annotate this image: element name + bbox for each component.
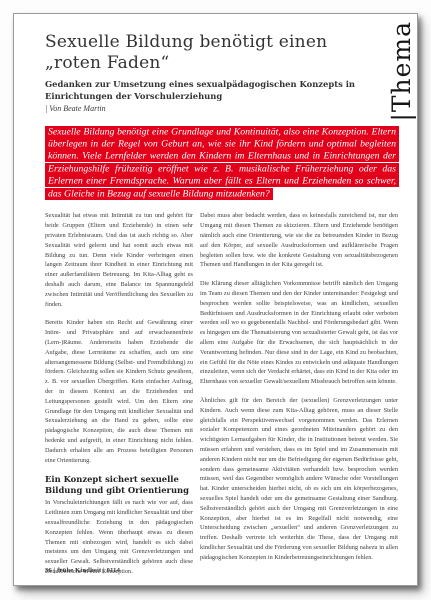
paragraph: Dabei muss aber bedacht werden, dass es … <box>200 211 398 270</box>
article-byline: | Von Beate Martin <box>45 104 398 113</box>
section-heading: Ein Konzept sichert sexuelle Bildung und… <box>45 474 193 495</box>
standfirst: Sexuelle Bildung benötigt eine Grundlage… <box>45 126 399 200</box>
paragraph: In Vorschuleinrichtungen fällt es nach w… <box>45 498 193 576</box>
paragraph: Die Klärung dieser alltäglichen Vorkommn… <box>200 279 398 387</box>
page-footer: 36 | frühe Kindheit | 0114 <box>45 567 120 574</box>
magazine-page: |Thema Sexuelle Bildung benötigt einen „… <box>13 13 418 586</box>
page-content: Sexuelle Bildung benötigt einen „roten F… <box>14 14 417 586</box>
paragraph: Sexualität hat etwas mit Intimität zu tu… <box>45 211 193 309</box>
standfirst-highlighted-text: Sexuelle Bildung benötigt eine Grundlage… <box>45 126 399 200</box>
page-background: |Thema Sexuelle Bildung benötigt einen „… <box>0 0 431 600</box>
article-body: Sexualität hat etwas mit Intimität zu tu… <box>45 211 398 585</box>
article-title: Sexuelle Bildung benötigt einen „roten F… <box>45 32 398 74</box>
article-title-line1: Sexuelle Bildung benötigt einen <box>45 32 398 53</box>
article-subtitle: Gedanken zur Umsetzung eines sexualpädag… <box>45 79 385 102</box>
left-column: Sexualität hat etwas mit Intimität zu tu… <box>45 211 193 585</box>
article-header: Sexuelle Bildung benötigt einen „roten F… <box>45 32 398 113</box>
article-title-line2: „roten Faden“ <box>45 53 398 74</box>
paragraph: Ähnliches gilt für den Bereich der (sexu… <box>200 396 398 563</box>
right-column: Dabei muss aber bedacht werden, dass es … <box>200 211 398 585</box>
paragraph: Bereits Kinder haben ein Recht auf Gewäh… <box>45 318 193 465</box>
